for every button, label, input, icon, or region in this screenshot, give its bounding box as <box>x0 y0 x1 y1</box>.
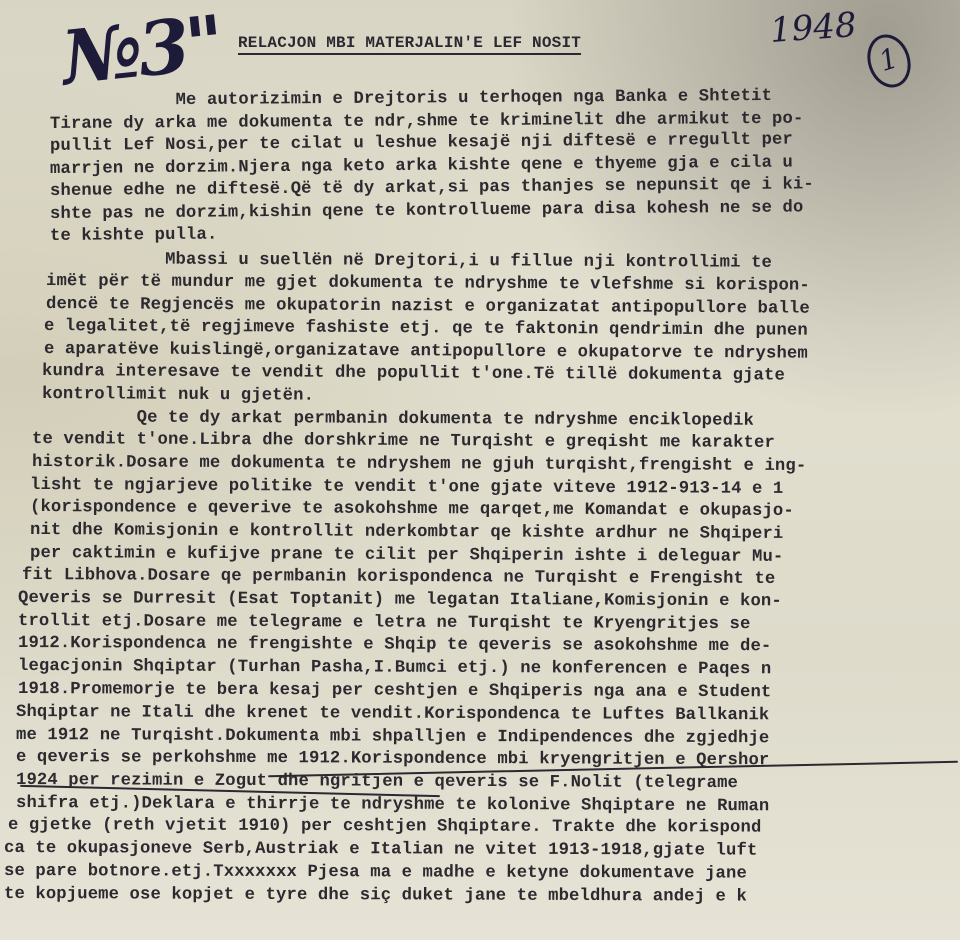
document-text-line: shenue edhe ne diftesë.Që të dy arkat,si… <box>50 175 814 201</box>
document-text-line: per caktimin e kufijve prane te cilit pe… <box>30 544 784 567</box>
document-text-line: e legalitet,të regjimeve fashiste etj. q… <box>44 317 808 341</box>
document-text-line: nit dhe Komisjonin e kontrollit nderkomb… <box>30 521 784 544</box>
document-text-line: te kopjueme ose kopjet e tyre dhe siç du… <box>4 885 747 907</box>
document-text-line: marrjen ne dorzim.Njera nga keto arka ki… <box>50 154 793 179</box>
document-text-line: shifra etj.)Deklara e thirrje te ndryshm… <box>16 794 769 816</box>
document-text-line: te kishte pulla. <box>50 226 218 246</box>
document-text-line: historik.Dosare me dokumenta te ndryshem… <box>32 453 806 476</box>
handwritten-document-number: №3" <box>58 0 225 102</box>
handwritten-year: 1948 <box>769 5 858 51</box>
document-text-line: lisht te ngjarjeve politike te vendit t'… <box>30 476 784 499</box>
document-text-line: pullit Lef Nosi,per te cilat u leshue ke… <box>50 131 793 156</box>
document-text-line: Tirane dy arka me dokumenta te ndr,shme … <box>50 110 804 134</box>
document-text-line: e aparatëve kuislingë,organizatave antip… <box>44 340 808 364</box>
document-text-line: me 1912 ne Turqisht.Dokumenta mbi shpall… <box>16 726 769 748</box>
document-text-line: Mbassi u suellën në Drejtori,i u fillue … <box>50 250 772 273</box>
document-text-line: se pare botnore.etj.Txxxxxxx Pjesa ma e … <box>4 862 747 884</box>
document-text-line: Me autorizimin e Drejtoris u terhoqen ng… <box>50 87 772 111</box>
document-text-line: e gjetke (reth vjetit 1910) per ceshtjen… <box>8 816 761 838</box>
document-text-line: imët për të mundur me gjet dokumenta te … <box>46 272 810 296</box>
scanned-document-page: №3" 1948 1 RELACJON MBI MATERJALIN'E LEF… <box>0 0 960 940</box>
document-text-line: kundra interesave te vendit dhe popullit… <box>42 362 785 386</box>
document-text-line: kontrollimit nuk u gjetën. <box>42 385 314 406</box>
document-text-line: Qeveris se Durresit (Esat Toptanit) me l… <box>18 589 782 611</box>
document-text-line: (korispondence e qeverive te asokohshme … <box>30 498 794 521</box>
document-text-line: fit Libhova.Dosare qe permbanin korispon… <box>22 566 776 589</box>
document-text-line: shte pas ne dorzim,kishin qene te kontro… <box>50 198 804 224</box>
document-text-line: 1918.Promemorje te bera kesaj per ceshtj… <box>18 680 771 702</box>
document-title: RELACJON MBI MATERJALIN'E LEF NOSIT <box>238 34 581 55</box>
document-text-line: te vendit t'one.Libra dhe dorshkrime ne … <box>32 430 775 453</box>
document-text-line: ca te okupasjoneve Serb,Austriak e Itali… <box>4 839 757 861</box>
document-text-line: Shqiptar ne Itali dhe krenet te vendit.K… <box>16 703 769 725</box>
document-text-line: legacjonin Shqiptar (Turhan Pasha,I.Bumc… <box>18 657 771 679</box>
document-text-line: trollit etj.Dosare me telegrame e letra … <box>18 612 751 634</box>
handwritten-page-marker: 1 <box>861 29 918 93</box>
document-text-line: Qe te dy arkat permbanin dokumenta te nd… <box>32 408 754 431</box>
document-text-line: 1912.Korispondenca ne frengishte e Shqip… <box>18 634 771 656</box>
document-text-line: dencë te Regjencës me okupatorin nazist … <box>46 295 810 319</box>
